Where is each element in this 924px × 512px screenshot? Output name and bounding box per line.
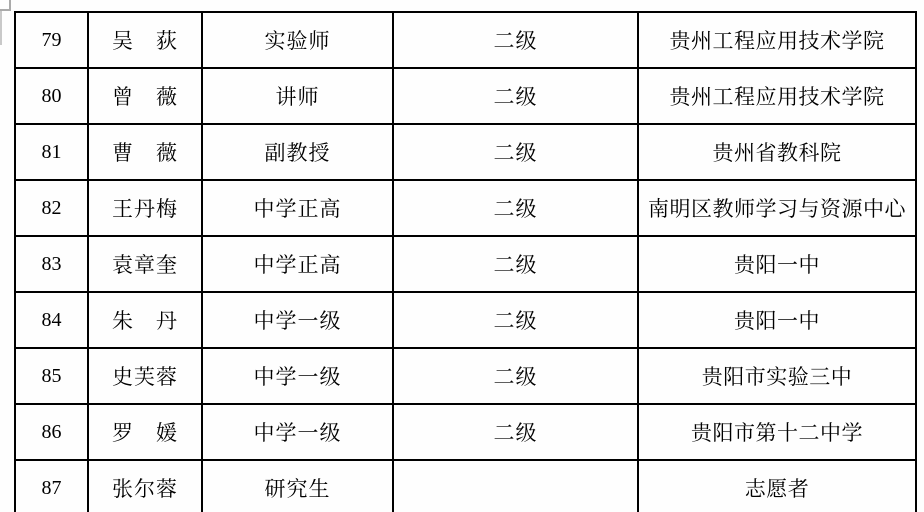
- cell-name: 罗 媛: [88, 404, 202, 460]
- personnel-roster-table: 79 吴 荻 实验师 二级 贵州工程应用技术学院 80 曾 薇 讲师 二级 贵州…: [14, 11, 917, 512]
- cell-name: 曹 薇: [88, 124, 202, 180]
- cell-name: 袁章奎: [88, 236, 202, 292]
- cell-institution: 贵州工程应用技术学院: [638, 68, 916, 124]
- cell-number: 84: [15, 292, 88, 348]
- cell-number: 86: [15, 404, 88, 460]
- cell-title: 中学正高: [202, 180, 393, 236]
- cell-name: 朱 丹: [88, 292, 202, 348]
- cell-level: 二级: [393, 236, 638, 292]
- table-row: 80 曾 薇 讲师 二级 贵州工程应用技术学院: [15, 68, 916, 124]
- cell-institution: 贵阳市实验三中: [638, 348, 916, 404]
- cell-level: 二级: [393, 124, 638, 180]
- cell-title: 副教授: [202, 124, 393, 180]
- cell-level: 二级: [393, 292, 638, 348]
- cell-institution: 志愿者: [638, 460, 916, 512]
- cell-number: 82: [15, 180, 88, 236]
- cell-level: 二级: [393, 404, 638, 460]
- cell-institution: 贵阳市第十二中学: [638, 404, 916, 460]
- cell-title: 中学正高: [202, 236, 393, 292]
- cell-number: 79: [15, 12, 88, 68]
- cell-level: 二级: [393, 348, 638, 404]
- table-row: 81 曹 薇 副教授 二级 贵州省教科院: [15, 124, 916, 180]
- cell-level: [393, 460, 638, 512]
- cell-institution: 贵州工程应用技术学院: [638, 12, 916, 68]
- cell-title: 讲师: [202, 68, 393, 124]
- page-left-edge-artifact: [0, 11, 2, 45]
- cell-title: 中学一级: [202, 348, 393, 404]
- table-body: 79 吴 荻 实验师 二级 贵州工程应用技术学院 80 曾 薇 讲师 二级 贵州…: [15, 12, 916, 512]
- cell-level: 二级: [393, 180, 638, 236]
- cell-title: 中学一级: [202, 404, 393, 460]
- cell-name: 张尔蓉: [88, 460, 202, 512]
- cell-level: 二级: [393, 68, 638, 124]
- table-row: 85 史芙蓉 中学一级 二级 贵阳市实验三中: [15, 348, 916, 404]
- cell-institution: 南明区教师学习与资源中心: [638, 180, 916, 236]
- cell-number: 80: [15, 68, 88, 124]
- cell-institution: 贵阳一中: [638, 236, 916, 292]
- table-row: 79 吴 荻 实验师 二级 贵州工程应用技术学院: [15, 12, 916, 68]
- cell-number: 83: [15, 236, 88, 292]
- cell-number: 87: [15, 460, 88, 512]
- cell-institution: 贵州省教科院: [638, 124, 916, 180]
- cell-institution: 贵阳一中: [638, 292, 916, 348]
- cell-number: 81: [15, 124, 88, 180]
- cell-title: 中学一级: [202, 292, 393, 348]
- cell-title: 研究生: [202, 460, 393, 512]
- cell-number: 85: [15, 348, 88, 404]
- cell-level: 二级: [393, 12, 638, 68]
- cell-name: 曾 薇: [88, 68, 202, 124]
- table-row: 84 朱 丹 中学一级 二级 贵阳一中: [15, 292, 916, 348]
- table-row: 82 王丹梅 中学正高 二级 南明区教师学习与资源中心: [15, 180, 916, 236]
- table-row: 86 罗 媛 中学一级 二级 贵阳市第十二中学: [15, 404, 916, 460]
- table-row: 83 袁章奎 中学正高 二级 贵阳一中: [15, 236, 916, 292]
- cell-title: 实验师: [202, 12, 393, 68]
- table-row: 87 张尔蓉 研究生 志愿者: [15, 460, 916, 512]
- cell-name: 吴 荻: [88, 12, 202, 68]
- cell-name: 王丹梅: [88, 180, 202, 236]
- cell-name: 史芙蓉: [88, 348, 202, 404]
- document-page: 79 吴 荻 实验师 二级 贵州工程应用技术学院 80 曾 薇 讲师 二级 贵州…: [0, 0, 924, 512]
